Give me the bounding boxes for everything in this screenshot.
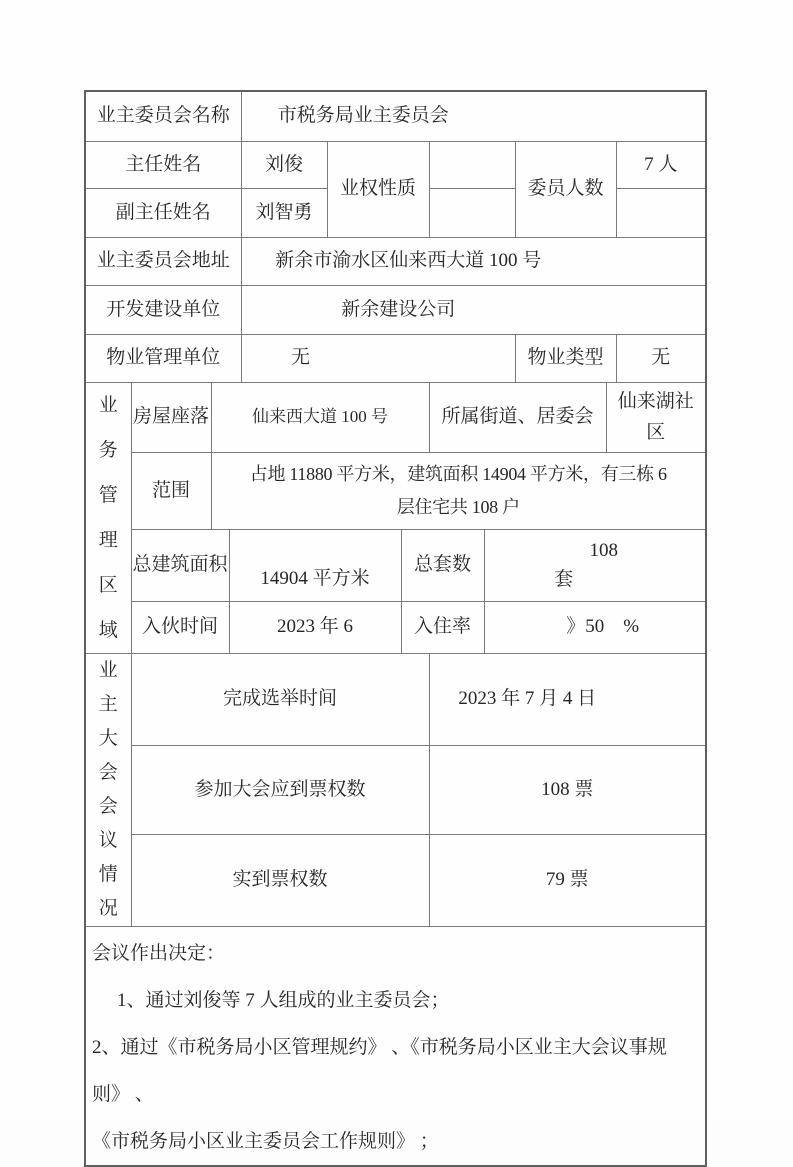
- election-time-label: 完成选举时间: [131, 653, 429, 746]
- committee-address-label: 业主委员会地址: [85, 237, 241, 285]
- house-location-label: 房屋座落: [131, 382, 211, 452]
- committee-name-value: 市税务局业主委员会: [241, 91, 706, 141]
- row-move-in: 入伙时间 2023 年 6 入住率 》50 %: [85, 601, 706, 653]
- decisions-cell: 会议作出决定： 1、通过刘俊等 7 人组成的业主委员会； 2、通过《市税务局小区…: [85, 926, 706, 1166]
- total-units-number: 108: [494, 536, 707, 565]
- row-actual-votes: 实到票权数 79 票: [85, 835, 706, 926]
- occupancy-value: 》50 %: [484, 601, 706, 653]
- scanned-page: 业主委员会名称 市税务局业主委员会 主任姓名 刘俊 业权性质 委员人数 7 人 …: [0, 0, 793, 1121]
- vice-chairman-label: 副主任姓名: [85, 188, 241, 237]
- business-area-section-label: 业务管理区域: [85, 382, 131, 653]
- total-units-unit: 套: [484, 565, 674, 594]
- member-count-value-bottom: [616, 188, 706, 237]
- actual-votes-value: 79 票: [429, 835, 706, 926]
- row-committee-name: 业主委员会名称 市税务局业主委员会: [85, 91, 706, 141]
- committee-address-value: 新余市渝水区仙来西大道 100 号: [241, 237, 706, 285]
- row-expected-votes: 参加大会应到票权数 108 票: [85, 746, 706, 835]
- row-decisions: 会议作出决定： 1、通过刘俊等 7 人组成的业主委员会； 2、通过《市税务局小区…: [85, 926, 706, 1166]
- property-type-label: 物业类型: [515, 334, 616, 382]
- total-area-label: 总建筑面积: [131, 529, 229, 601]
- meeting-section-label: 业主大会会议情况: [85, 653, 131, 926]
- move-in-label: 入伙时间: [131, 601, 229, 653]
- developer-label: 开发建设单位: [85, 285, 241, 334]
- move-in-value: 2023 年 6: [229, 601, 401, 653]
- member-count-value: 7 人: [616, 141, 706, 188]
- property-mgmt-value: 无: [241, 334, 515, 382]
- street-value: 仙来湖社区: [606, 382, 706, 452]
- decision-item-2: 2、通过《市税务局小区管理规约》 、《市税务局小区业主大会议事规则》 、: [92, 1024, 699, 1118]
- range-label: 范围: [131, 452, 211, 529]
- row-developer: 开发建设单位 新余建设公司: [85, 285, 706, 334]
- committee-registration-table: 业主委员会名称 市税务局业主委员会 主任姓名 刘俊 业权性质 委员人数 7 人 …: [84, 90, 707, 1167]
- occupancy-label: 入住率: [401, 601, 484, 653]
- expected-votes-label: 参加大会应到票权数: [131, 746, 429, 835]
- decision-item-2-continued: 《市税务局小区业主委员会工作规则》 ；: [92, 1118, 699, 1165]
- property-mgmt-label: 物业管理单位: [85, 334, 241, 382]
- ownership-nature-value-top: [429, 141, 515, 188]
- decision-item-1: 1、通过刘俊等 7 人组成的业主委员会；: [92, 977, 699, 1024]
- range-value-line2: 层住宅共 108 户: [212, 491, 706, 524]
- member-count-label: 委员人数: [515, 141, 616, 237]
- total-units-label: 总套数: [401, 529, 484, 601]
- chairman-value: 刘俊: [241, 141, 327, 188]
- ownership-nature-value-bottom: [429, 188, 515, 237]
- ownership-nature-label: 业权性质: [327, 141, 429, 237]
- expected-votes-value: 108 票: [429, 746, 706, 835]
- decision-heading: 会议作出决定：: [92, 930, 699, 977]
- vice-chairman-value: 刘智勇: [241, 188, 327, 237]
- chairman-label: 主任姓名: [85, 141, 241, 188]
- total-area-value: 14904 平方米: [229, 529, 401, 601]
- house-location-value: 仙来西大道 100 号: [211, 382, 429, 452]
- row-committee-address: 业主委员会地址 新余市渝水区仙来西大道 100 号: [85, 237, 706, 285]
- developer-value: 新余建设公司: [241, 285, 706, 334]
- row-range: 范围 占地 11880 平方米，建筑面积 14904 平方米，有三栋 6 层住宅…: [85, 452, 706, 529]
- range-value: 占地 11880 平方米，建筑面积 14904 平方米，有三栋 6 层住宅共 1…: [211, 452, 706, 529]
- total-units-value: 108 套: [484, 529, 706, 601]
- street-label: 所属街道、居委会: [429, 382, 606, 452]
- row-property-mgmt: 物业管理单位 无 物业类型 无: [85, 334, 706, 382]
- actual-votes-label: 实到票权数: [131, 835, 429, 926]
- committee-name-label: 业主委员会名称: [85, 91, 241, 141]
- row-total-area: 总建筑面积 14904 平方米 总套数 108 套: [85, 529, 706, 601]
- row-house-location: 业务管理区域 房屋座落 仙来西大道 100 号 所属街道、居委会 仙来湖社区: [85, 382, 706, 452]
- property-type-value: 无: [616, 334, 706, 382]
- range-value-line1: 占地 11880 平方米，建筑面积 14904 平方米，有三栋 6: [212, 458, 706, 491]
- election-time-value: 2023 年 7 月 4 日: [429, 653, 706, 746]
- row-election-time: 业主大会会议情况 完成选举时间 2023 年 7 月 4 日: [85, 653, 706, 746]
- row-chairman: 主任姓名 刘俊 业权性质 委员人数 7 人: [85, 141, 706, 188]
